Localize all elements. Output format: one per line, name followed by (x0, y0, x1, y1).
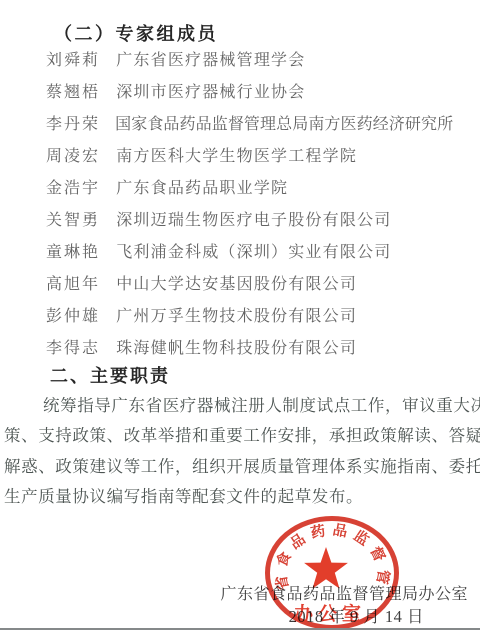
member-row: 金浩宇 广东食品药品职业学院 (46, 178, 453, 210)
member-org: 南方医科大学生物医学工程学院 (116, 148, 357, 165)
official-seal: 广东省食品药品监督管理局 办公室 (257, 508, 407, 633)
member-org: 中山大学达安基因股份有限公司 (116, 276, 357, 293)
expert-members-list: 刘舜莉 广东省医疗器械管理学会 蔡翘梧 深圳市医疗器械行业协会 李丹荣 国家食品… (46, 50, 453, 370)
member-org: 深圳市医疗器械行业协会 (116, 84, 305, 101)
member-row: 童琳艳 飞利浦金科威（深圳）实业有限公司 (46, 242, 453, 274)
member-name: 关智勇 (46, 212, 100, 229)
member-org: 深圳迈瑞生物医疗电子股份有限公司 (116, 212, 391, 229)
member-row: 关智勇 深圳迈瑞生物医疗电子股份有限公司 (46, 210, 453, 242)
member-name: 蔡翘梧 (46, 84, 100, 101)
member-row: 彭仲雄 广州万孚生物技术股份有限公司 (46, 306, 453, 338)
duties-line: 策、支持政策、改革举措和重要工作安排，承担政策解读、答疑 (4, 425, 478, 455)
members-section-heading: （二）专家组成员 (54, 20, 218, 46)
member-row: 刘舜莉 广东省医疗器械管理学会 (46, 50, 453, 82)
member-org: 广州万孚生物技术股份有限公司 (116, 308, 357, 325)
duties-section-heading: 二、主要职责 (50, 362, 170, 388)
member-name: 李丹荣 (46, 116, 100, 133)
member-row: 蔡翘梧 深圳市医疗器械行业协会 (46, 82, 453, 114)
member-name: 李得志 (46, 340, 100, 357)
member-name: 彭仲雄 (46, 308, 100, 325)
member-row: 李丹荣 国家食品药品监督管理总局南方医药经济研究所 (46, 114, 453, 146)
member-row: 周凌宏 南方医科大学生物医学工程学院 (46, 146, 453, 178)
page-bottom-rule (0, 628, 480, 630)
duties-paragraph: 统筹指导广东省医疗器械注册人制度试点工作，审议重大决 策、支持政策、改革举措和重… (4, 395, 478, 517)
seal-office-text: 办公室 (294, 602, 366, 625)
member-row: 高旭年 中山大学达安基因股份有限公司 (46, 274, 453, 306)
member-name: 刘舜莉 (46, 52, 100, 69)
member-name: 金浩宇 (46, 180, 100, 197)
duties-line: 解惑、政策建议等工作，组织开展质量管理体系实施指南、委托 (4, 456, 478, 486)
member-org: 广东省医疗器械管理学会 (116, 52, 305, 69)
duties-line: 统筹指导广东省医疗器械注册人制度试点工作，审议重大决 (4, 395, 478, 425)
member-org: 广东食品药品职业学院 (116, 180, 288, 197)
seal-star-icon (304, 547, 348, 589)
member-name: 周凌宏 (46, 148, 100, 165)
member-org: 珠海健帆生物科技股份有限公司 (116, 340, 357, 357)
member-org: 国家食品药品监督管理总局南方医药经济研究所 (115, 116, 453, 133)
member-name: 高旭年 (46, 276, 100, 293)
member-org: 飞利浦金科威（深圳）实业有限公司 (116, 244, 391, 261)
member-name: 童琳艳 (46, 244, 100, 261)
